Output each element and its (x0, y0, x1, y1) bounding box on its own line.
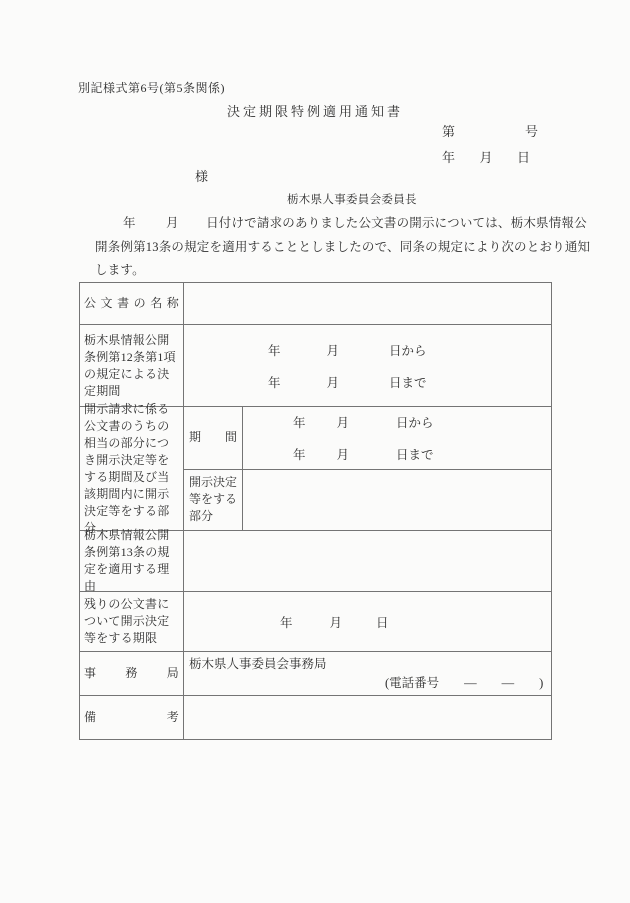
table-row-remaining-deadline: 残りの公文書について開示決定等をする期限 年 月 日 (80, 591, 551, 651)
table-row-reason: 栃木県情報公開条例第13条の規定を適用する理由 (80, 530, 551, 591)
from-month: 月 (327, 341, 340, 359)
deadline-month: 月 (330, 613, 343, 631)
field-label-remaining-deadline: 残りの公文書について開示決定等をする期限 (80, 592, 184, 651)
period-to-line: 年 月 日まで (184, 373, 551, 391)
table-row-remarks: 備 考 (80, 695, 551, 739)
from-year: 年 (293, 413, 306, 431)
label-char: 期 (189, 429, 201, 446)
field-label-reason: 栃木県情報公開条例第13条の規定を適用する理由 (80, 531, 184, 591)
form-table: 公 文 書 の 名 称 栃木県情報公開条例第12条第1項の規定による決定期間 年 (79, 282, 552, 740)
label-char: 考 (167, 709, 179, 726)
body-line-3: します。 (95, 260, 145, 278)
secretariat-phone: (電話番号 — — ) (385, 674, 551, 693)
to-day: 日まで (389, 373, 427, 391)
sub-label-parts: 開示決定等をする部分 (184, 470, 243, 531)
field-label-secretariat: 事 務 局 (80, 652, 184, 695)
doc-number-prefix: 第 (442, 121, 455, 140)
field-value-remaining-deadline: 年 月 日 (184, 592, 551, 651)
from-day: 日から (389, 341, 427, 359)
field-label-partial-disclosure: 開示請求に係る公文書のうちの相当の部分につき開示決定等をする期間及び当該期間内に… (80, 407, 184, 530)
body-line-2: 開条例第13条の規定を適用することとしましたので、同条の規定により次のとおり通知 (95, 237, 590, 255)
label-char: 称 (167, 295, 179, 312)
doc-number-suffix: 号 (525, 121, 538, 140)
deadline-date-line: 年 月 日 (184, 613, 551, 631)
table-row-partial-disclosure: 開示請求に係る公文書のうちの相当の部分につき開示決定等をする期間及び当該期間内に… (80, 406, 551, 530)
label-char: 局 (167, 665, 179, 682)
deadline-day: 日 (376, 613, 389, 631)
issuer-name: 栃木県人事委員会委員長 (287, 191, 417, 207)
issue-date-day: 日 (517, 147, 530, 166)
table-row-document-name: 公 文 書 の 名 称 (80, 283, 551, 324)
label-char: 名 (150, 295, 162, 312)
field-label-decision-period: 栃木県情報公開条例第12条第1項の規定による決定期間 (80, 325, 184, 406)
field-value-document-name (184, 283, 551, 324)
from-month: 月 (337, 413, 350, 431)
sub-label-period: 期 間 (184, 407, 243, 469)
period-from-line: 年 月 日から (243, 413, 551, 431)
label-char: 公 (84, 295, 96, 312)
form-number: 別記様式第6号(第5条関係) (78, 79, 225, 96)
label-char: の (134, 295, 146, 312)
label-char: 間 (225, 429, 237, 446)
deadline-year: 年 (280, 613, 293, 631)
issue-date-line: 年 月 日 (442, 147, 530, 166)
body-line-1: 年 月 日付けで請求のありました公文書の開示については、栃木県情報公 (123, 213, 587, 231)
to-day: 日まで (396, 445, 434, 463)
to-month: 月 (337, 445, 350, 463)
period-from-line: 年 月 日から (184, 341, 551, 359)
label-char: 事 (84, 665, 96, 682)
table-row-decision-period: 栃木県情報公開条例第12条第1項の規定による決定期間 年 月 日から 年 月 日… (80, 324, 551, 406)
document-number-line: 第 号 (442, 121, 538, 140)
field-value-secretariat: 栃木県人事委員会事務局 (電話番号 — — ) (184, 652, 551, 695)
from-year: 年 (268, 341, 281, 359)
table-row-secretariat: 事 務 局 栃木県人事委員会事務局 (電話番号 — — ) (80, 651, 551, 695)
sub-value-parts (243, 470, 551, 531)
field-value-reason (184, 531, 551, 591)
issue-date-month: 月 (479, 147, 492, 166)
field-value-remarks (184, 696, 551, 739)
sub-row-parts: 開示決定等をする部分 (184, 469, 551, 531)
body-date-year: 年 (123, 216, 136, 230)
label-char: 備 (84, 709, 96, 726)
period-to-line: 年 月 日まで (243, 445, 551, 463)
secretariat-name: 栃木県人事委員会事務局 (189, 655, 551, 674)
to-month: 月 (327, 373, 340, 391)
sub-row-period: 期 間 年 月 日から 年 (184, 407, 551, 469)
body-date-month: 月 (166, 216, 179, 230)
field-label-remarks: 備 考 (80, 696, 184, 739)
field-label-document-name: 公 文 書 の 名 称 (80, 283, 184, 324)
to-year: 年 (293, 445, 306, 463)
addressee-honorific: 様 (195, 166, 208, 185)
label-char: 書 (117, 295, 129, 312)
field-value-decision-period: 年 月 日から 年 月 日まで (184, 325, 551, 406)
label-char: 務 (125, 665, 137, 682)
from-day: 日から (396, 413, 434, 431)
document-page: 別記様式第6号(第5条関係) 決定期限特例適用通知書 第 号 年 月 日 様 栃… (0, 0, 630, 903)
sub-value-period: 年 月 日から 年 月 日まで (243, 407, 551, 469)
body-line-1-text: 日付けで請求のありました公文書の開示については、栃木県情報公 (206, 216, 587, 230)
document-title: 決定期限特例適用通知書 (0, 101, 630, 120)
to-year: 年 (268, 373, 281, 391)
label-char: 文 (101, 295, 113, 312)
issue-date-year: 年 (442, 147, 455, 166)
